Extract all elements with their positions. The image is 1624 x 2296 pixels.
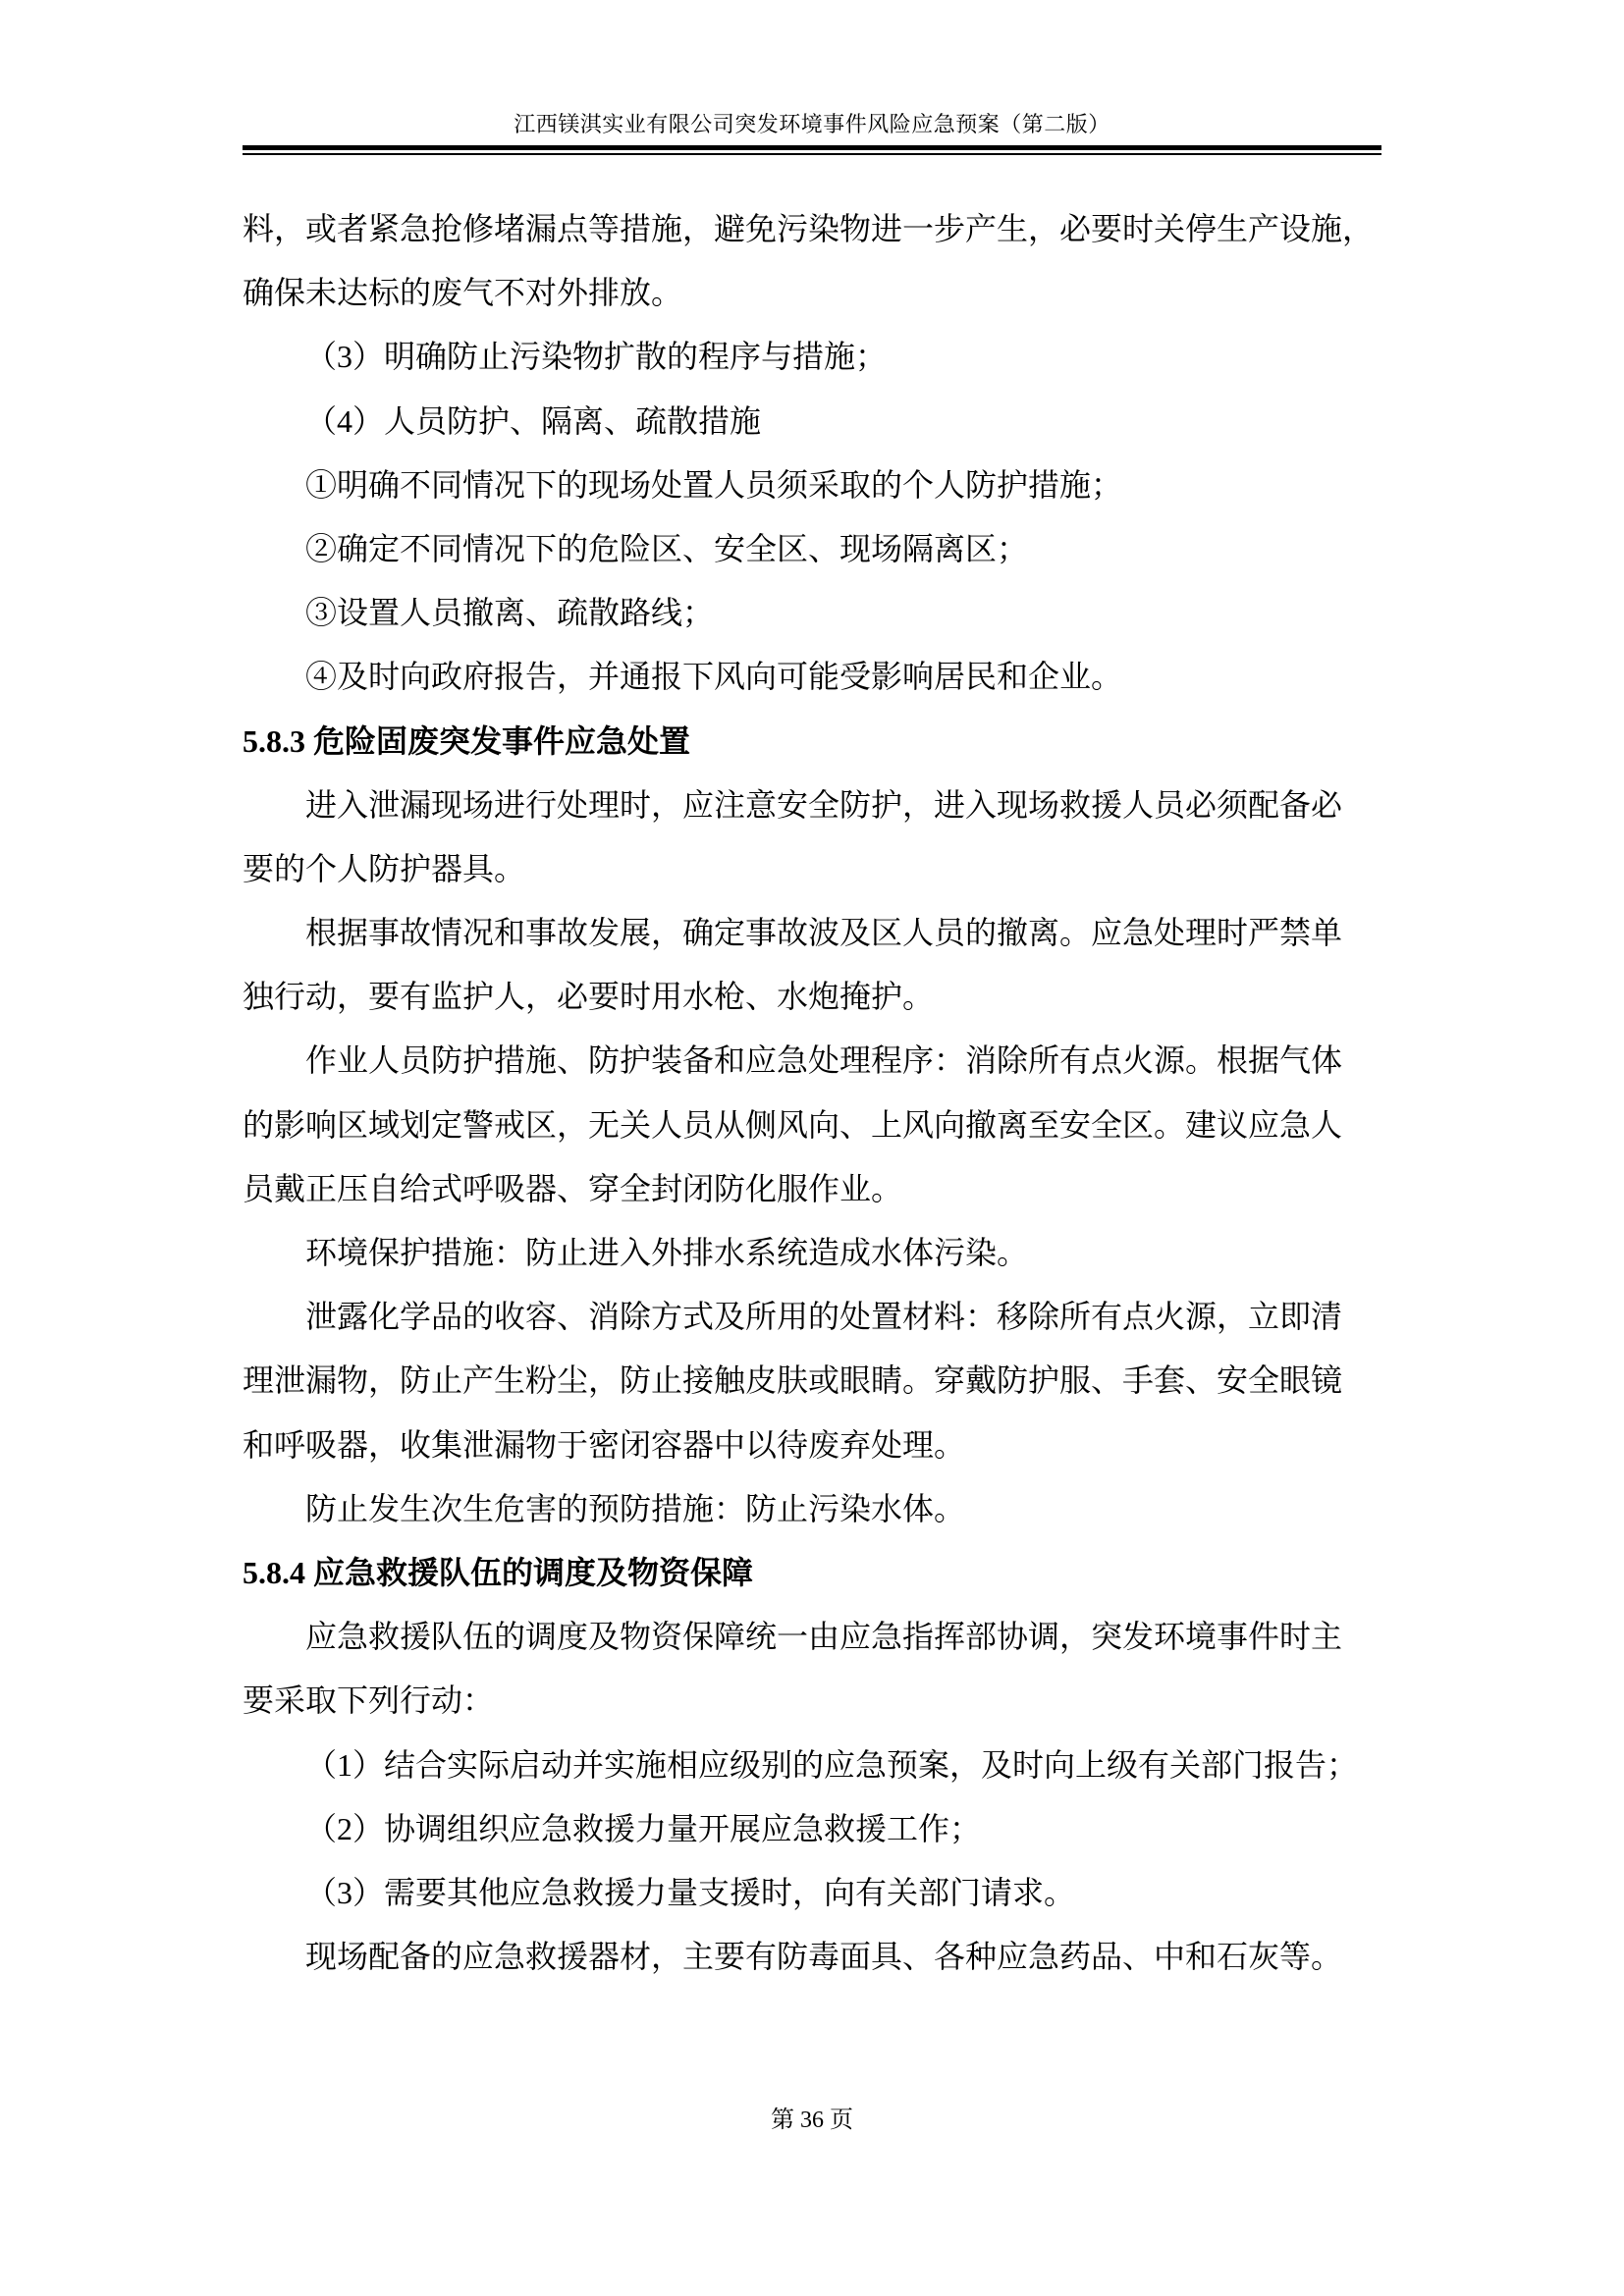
section-heading: 5.8.4 应急救援队伍的调度及物资保障: [243, 1541, 1381, 1605]
text-line: ③设置人员撤离、疏散路线；: [243, 581, 1381, 645]
document-body: 料，或者紧急抢修堵漏点等措施，避免污染物进一步产生，必要时关停生产设施，确保未达…: [243, 197, 1381, 1989]
text-line: 防止发生次生危害的预防措施：防止污染水体。: [243, 1477, 1381, 1541]
page-footer: 第 36 页: [0, 2107, 1624, 2134]
header-rule: [243, 145, 1381, 155]
text-line: 员戴正压自给式呼吸器、穿全封闭防化服作业。: [243, 1157, 1381, 1221]
text-line: ②确定不同情况下的危险区、安全区、现场隔离区；: [243, 517, 1381, 581]
text-line: 料，或者紧急抢修堵漏点等措施，避免污染物进一步产生，必要时关停生产设施，: [243, 197, 1381, 261]
text-line: 根据事故情况和事故发展，确定事故波及区人员的撤离。应急处理时严禁单: [243, 901, 1381, 965]
text-line: 现场配备的应急救援器材，主要有防毒面具、各种应急药品、中和石灰等。: [243, 1925, 1381, 1989]
header-rule-thin: [243, 153, 1381, 155]
text-line: 和呼吸器，收集泄漏物于密闭容器中以待废弃处理。: [243, 1414, 1381, 1477]
text-line: （1）结合实际启动并实施相应级别的应急预案，及时向上级有关部门报告；: [243, 1734, 1381, 1797]
text-line: （3）需要其他应急救援力量支援时，向有关部门请求。: [243, 1861, 1381, 1925]
text-line: （3）明确防止污染物扩散的程序与措施；: [243, 325, 1381, 389]
header-title: 江西镁淇实业有限公司突发环境事件风险应急预案（第二版）: [243, 112, 1381, 137]
text-line: ①明确不同情况下的现场处置人员须采取的个人防护措施；: [243, 454, 1381, 517]
text-line: 泄露化学品的收容、消除方式及所用的处置材料：移除所有点火源，立即清: [243, 1285, 1381, 1349]
text-line: 要的个人防护器具。: [243, 837, 1381, 901]
text-line: 确保未达标的废气不对外排放。: [243, 261, 1381, 325]
section-heading: 5.8.3 危险固废突发事件应急处置: [243, 710, 1381, 774]
text-line: 独行动，要有监护人，必要时用水枪、水炮掩护。: [243, 965, 1381, 1029]
text-line: （4）人员防护、隔离、疏散措施: [243, 390, 1381, 454]
text-line: ④及时向政府报告，并通报下风向可能受影响居民和企业。: [243, 645, 1381, 709]
text-line: 进入泄漏现场进行处理时，应注意安全防护，进入现场救援人员必须配备必: [243, 774, 1381, 837]
text-line: 作业人员防护措施、防护装备和应急处理程序：消除所有点火源。根据气体: [243, 1029, 1381, 1093]
text-line: 的影响区域划定警戒区，无关人员从侧风向、上风向撤离至安全区。建议应急人: [243, 1094, 1381, 1157]
text-line: 要采取下列行动：: [243, 1669, 1381, 1733]
text-line: 理泄漏物，防止产生粉尘，防止接触皮肤或眼睛。穿戴防护服、手套、安全眼镜: [243, 1349, 1381, 1413]
text-line: （2）协调组织应急救援力量开展应急救援工作；: [243, 1797, 1381, 1861]
text-line: 应急救援队伍的调度及物资保障统一由应急指挥部协调，突发环境事件时主: [243, 1605, 1381, 1669]
page-number: 第 36 页: [771, 2108, 853, 2133]
document-page: 江西镁淇实业有限公司突发环境事件风险应急预案（第二版） 料，或者紧急抢修堵漏点等…: [0, 0, 1624, 2296]
text-line: 环境保护措施：防止进入外排水系统造成水体污染。: [243, 1221, 1381, 1285]
